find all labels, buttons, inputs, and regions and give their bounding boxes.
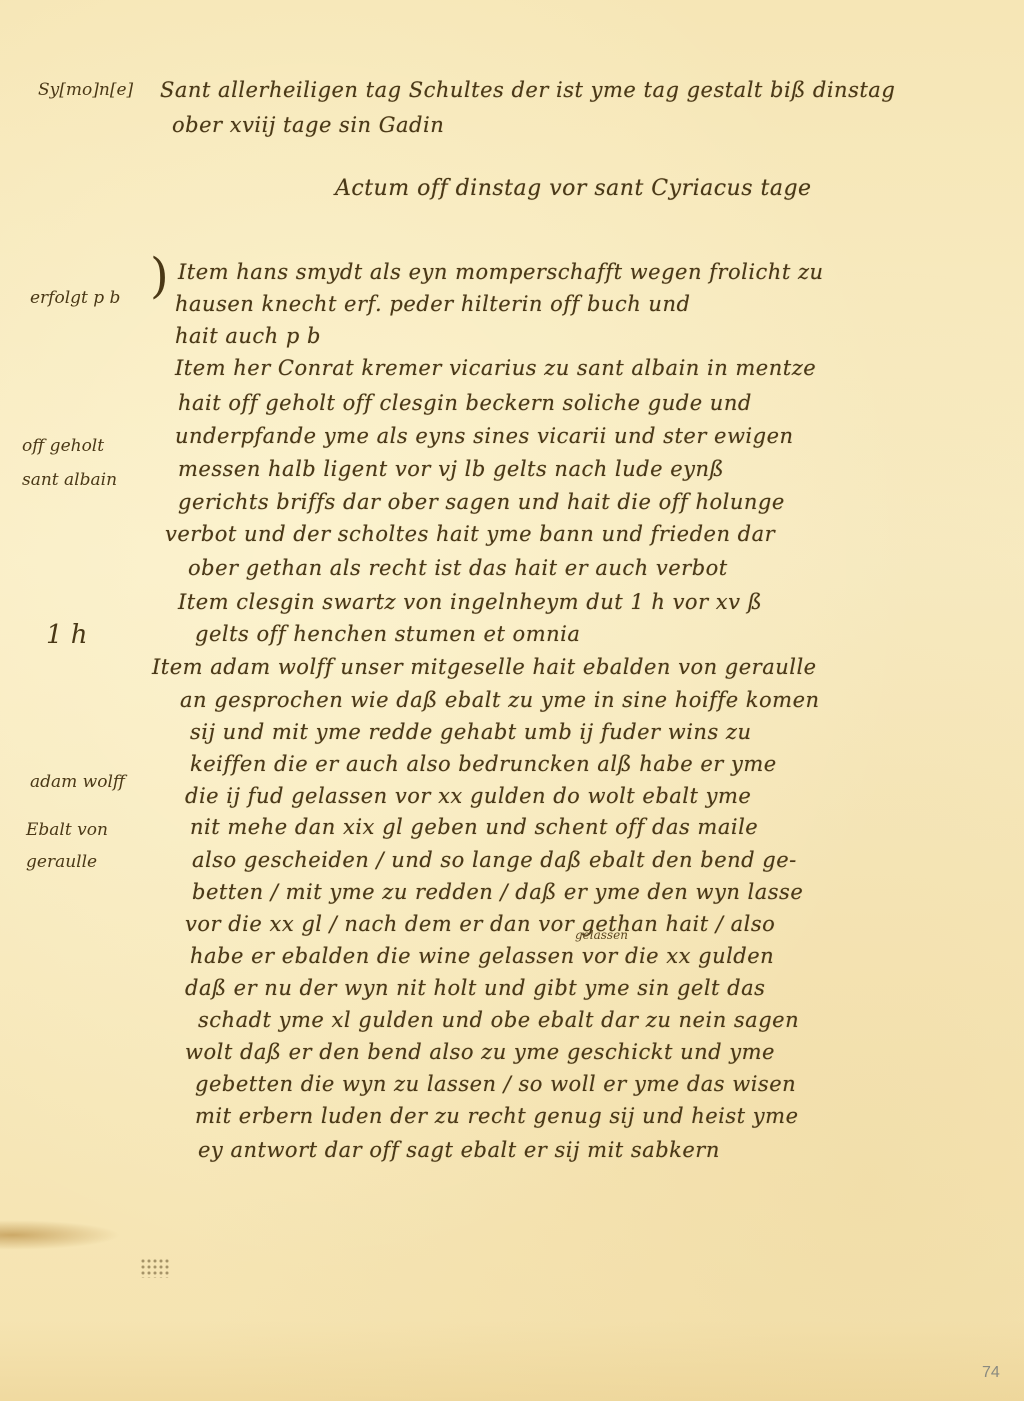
text-line: hausen knecht erf. peder hilterin off bu… — [175, 292, 690, 316]
text-line: verbot und der scholtes hait yme bann un… — [165, 522, 775, 546]
paragraph-mark: ) — [150, 252, 169, 300]
text-line: schadt yme xl gulden und obe ebalt dar z… — [198, 1008, 799, 1032]
margin-note: adam wolff — [30, 772, 125, 792]
text-line: nit mehe dan xix gl geben und schent off… — [190, 815, 758, 839]
text-line: daß er nu der wyn nit holt und gibt yme … — [185, 976, 765, 1000]
text-line: Item hans smydt als eyn momperschafft we… — [178, 260, 824, 284]
margin-note: Sy[mo]n[e] — [38, 80, 133, 100]
text-line: also gescheiden / und so lange daß ebalt… — [192, 848, 797, 872]
text-line: hait auch p b — [175, 324, 321, 348]
text-line: mit erbern luden der zu recht genug sij … — [195, 1104, 799, 1128]
text-line: die ij fud gelassen vor xx gulden do wol… — [185, 784, 751, 808]
interlinear-insertion: gelassen — [575, 928, 628, 942]
margin-note: geraulle — [26, 852, 97, 872]
margin-note: erfolgt p b — [30, 288, 120, 308]
text-line: ober gethan als recht ist das hait er au… — [188, 556, 728, 580]
text-line: gerichts briffs dar ober sagen und hait … — [178, 490, 785, 514]
ink-specks — [140, 1258, 170, 1278]
text-line: betten / mit yme zu redden / daß er yme … — [192, 880, 803, 904]
text-line: ober xviij tage sin Gadin — [172, 113, 444, 137]
text-line: underpfande yme als eyns sines vicarii u… — [175, 424, 794, 448]
text-line: gelts off henchen stumen et omnia — [195, 622, 580, 646]
margin-note: sant albain — [22, 470, 117, 490]
text-line: an gesprochen wie daß ebalt zu yme in si… — [180, 688, 820, 712]
text-line: Item her Conrat kremer vicarius zu sant … — [175, 356, 816, 380]
margin-note: 1 h — [46, 620, 88, 650]
text-line: messen halb ligent vor vj lb gelts nach … — [178, 457, 724, 481]
text-line: gebetten die wyn zu lassen / so woll er … — [195, 1072, 796, 1096]
text-line: vor die xx gl / nach dem er dan vor geth… — [185, 912, 775, 936]
text-line: Item adam wolff unser mitgeselle hait eb… — [152, 655, 817, 679]
water-stain — [0, 1220, 120, 1250]
folio-number: 74 — [982, 1364, 1000, 1382]
text-line: wolt daß er den bend also zu yme geschic… — [185, 1040, 775, 1064]
text-line: ey antwort dar off sagt ebalt er sij mit… — [198, 1138, 720, 1162]
text-line: sij und mit yme redde gehabt umb ij fude… — [190, 720, 752, 744]
section-heading: Actum off dinstag vor sant Cyriacus tage — [335, 176, 812, 201]
margin-note: off geholt — [22, 436, 104, 456]
text-line: keiffen die er auch also bedruncken alß … — [190, 752, 777, 776]
text-line: Item clesgin swartz von ingelnheym dut 1… — [178, 590, 762, 614]
text-line: hait off geholt off clesgin beckern soli… — [178, 391, 752, 415]
margin-note: Ebalt von — [26, 820, 108, 840]
parchment-discoloration — [0, 1320, 1024, 1401]
manuscript-page: Sy[mo]n[e] Sant allerheiligen tag Schult… — [0, 0, 1024, 1401]
text-line: habe er ebalden die wine gelassen vor di… — [190, 944, 774, 968]
text-line: Sant allerheiligen tag Schultes der ist … — [160, 78, 895, 102]
